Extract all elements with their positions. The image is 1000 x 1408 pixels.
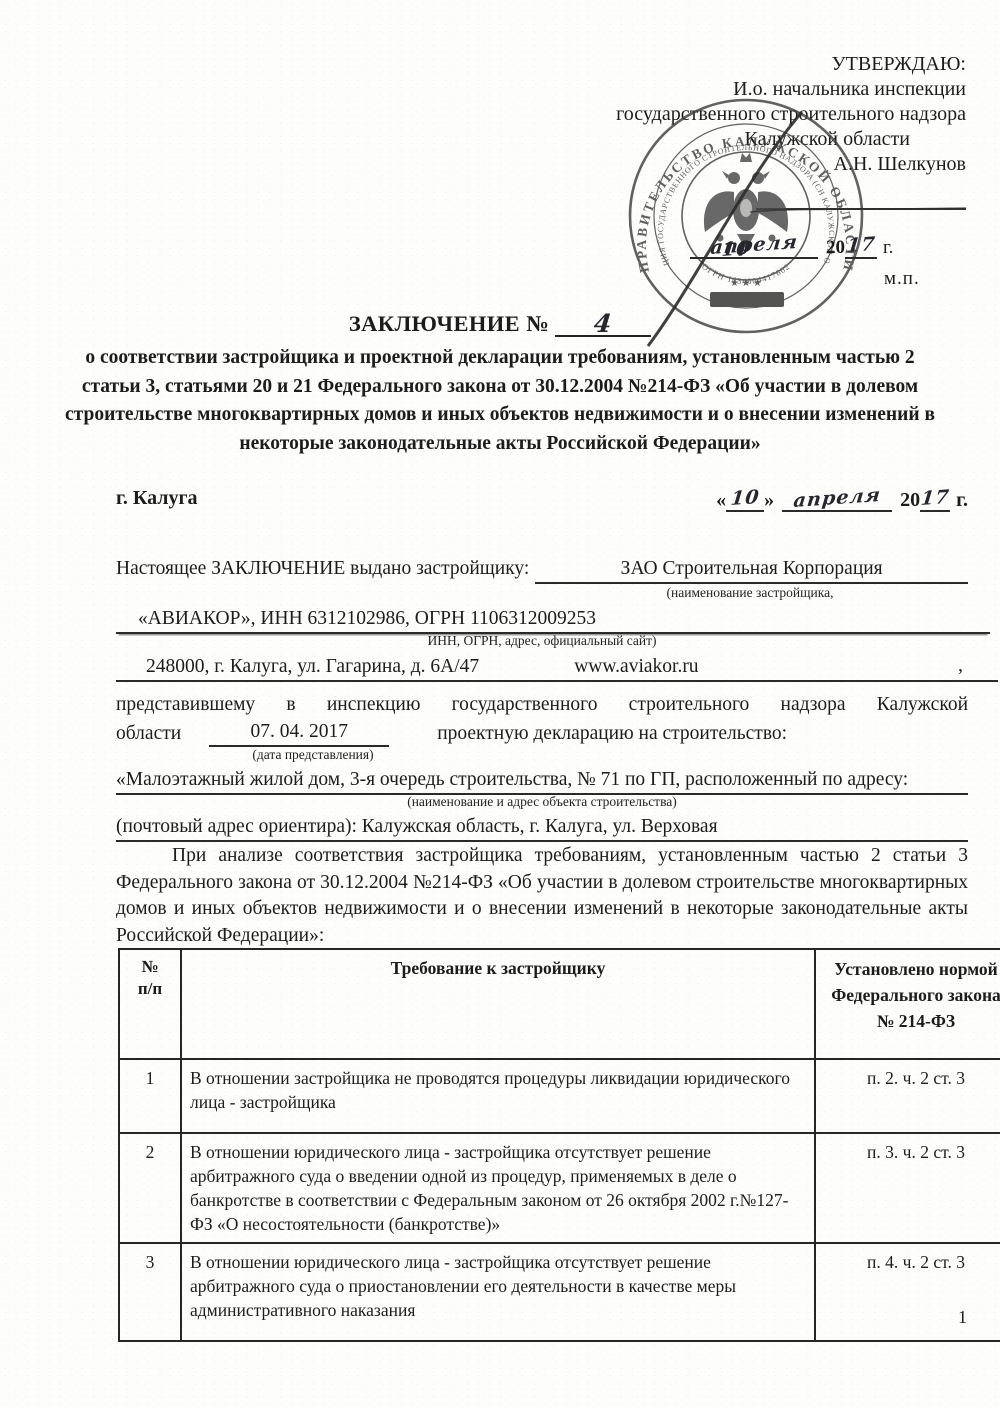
seal-place-label: м.п.: [884, 268, 920, 290]
issued-to-line: Настоящее ЗАКЛЮЧЕНИЕ выдано застройщику:…: [116, 556, 968, 584]
approval-year-handwritten: 17: [845, 233, 876, 257]
row-requirement: В отношении юридического лица - застройщ…: [181, 1243, 815, 1341]
scanned-document-page: УТВЕРЖДАЮ: И.о. начальника инспекции гос…: [0, 0, 1000, 1408]
trailing-comma: ,: [958, 654, 963, 677]
developer-name-value: ЗАО Строительная Корпорация: [535, 556, 968, 584]
issue-year-printed: 20: [900, 489, 920, 512]
developer-name-note: (наименование застройщика,: [600, 585, 900, 601]
page-number: 1: [958, 1307, 967, 1328]
approval-label: УТВЕРЖДАЮ:: [536, 52, 966, 77]
issue-year-suffix: г.: [956, 489, 968, 512]
approval-year-printed: 20: [826, 237, 845, 259]
row-norm: п. 3. ч. 2 ст. 3: [815, 1133, 1000, 1243]
row-number: 1: [119, 1059, 181, 1133]
quote-open: «: [716, 489, 726, 512]
stamp-stars: ★ ★ ★: [730, 278, 762, 289]
developer-details-line: «АВИАКОР», ИНН 6312102986, ОГРН 11063120…: [116, 606, 990, 634]
issue-month-handwritten: апреля: [792, 484, 882, 512]
document-number-handwritten: 4: [593, 314, 614, 334]
table-header-row: № п/п Требование к застройщику Установле…: [119, 949, 1000, 1059]
issued-to-label: Настоящее ЗАКЛЮЧЕНИЕ выдано застройщику:: [116, 556, 529, 584]
table-row: 1 В отношении застройщика не проводятся …: [119, 1059, 1000, 1133]
submitted-paragraph-line1: представившему в инспекцию государственн…: [116, 692, 968, 718]
row-number: 2: [119, 1133, 181, 1243]
header-number: № п/п: [128, 956, 172, 1000]
row-norm: п. 2. ч. 2 ст. 3: [815, 1059, 1000, 1133]
row-requirement: В отношении юридического лица - застройщ…: [181, 1133, 815, 1243]
submitted-word: области: [116, 721, 181, 747]
requirements-table: № п/п Требование к застройщику Установле…: [118, 948, 1000, 1342]
submission-date-note: (дата представления): [218, 747, 408, 763]
developer-website: www.aviakor.ru: [574, 654, 698, 680]
analysis-paragraph: При анализе соответствия застройщика тре…: [116, 843, 968, 949]
row-norm: п. 4. ч. 2 ст. 3: [815, 1243, 1000, 1341]
table-row: 2 В отношении юридического лица - застро…: [119, 1133, 1000, 1243]
approval-date-line: апреля 20 17 г.: [690, 234, 980, 259]
document-subtitle: о соответствии застройщика и проектной д…: [64, 344, 936, 458]
approval-year-suffix: г.: [883, 237, 893, 259]
postal-address-line: (почтовый адрес ориентира): Калужская об…: [116, 814, 968, 842]
header-requirement: Требование к застройщику: [181, 949, 815, 1059]
approval-month-handwritten: апреля: [709, 231, 799, 259]
city-date-row: г. Калуга « 10 » апреля 20 17 г.: [116, 487, 968, 512]
document-title: ЗАКЛЮЧЕНИЕ № 4: [0, 311, 1000, 337]
developer-address-value: 248000, г. Калуга, ул. Гагарина, д. 6А/4…: [146, 654, 479, 680]
construction-object-line: «Малоэтажный жилой дом, 3-я очередь стро…: [116, 767, 968, 795]
issue-day-handwritten: 10: [730, 486, 761, 510]
quote-close: »: [764, 489, 774, 512]
submitted-paragraph-line2: области 07. 04. 2017 проектную деклараци…: [116, 719, 968, 747]
issue-year-handwritten: 17: [920, 486, 951, 510]
row-number: 3: [119, 1243, 181, 1341]
document-number-field: 4: [555, 314, 651, 337]
header-norm: Установлено нормой Федерального закона №…: [824, 956, 1000, 1034]
submission-date-value: 07. 04. 2017: [209, 719, 389, 747]
developer-address-line: 248000, г. Калуга, ул. Гагарина, д. 6А/4…: [116, 654, 998, 682]
title-text: ЗАКЛЮЧЕНИЕ №: [349, 311, 549, 336]
city-label: г. Калуга: [116, 487, 198, 512]
stamp-bottom-bar: [710, 292, 784, 307]
submitted-tail: проектную декларацию на строительство:: [437, 721, 787, 747]
official-seal-stamp: ПРАВИТЕЛЬСТВО КАЛУЖСКОЙ ОБЛАСТИ ИНСПЕКЦИ…: [622, 92, 870, 340]
issue-date: « 10 » апреля 20 17 г.: [716, 487, 968, 512]
table-row: 3 В отношении юридического лица - застро…: [119, 1243, 1000, 1341]
developer-details-note: ИНН, ОГРН, адрес, официальный сайт): [116, 633, 968, 649]
row-requirement: В отношении застройщика не проводятся пр…: [181, 1059, 815, 1133]
construction-object-note: (наименование и адрес объекта строительс…: [116, 794, 968, 810]
